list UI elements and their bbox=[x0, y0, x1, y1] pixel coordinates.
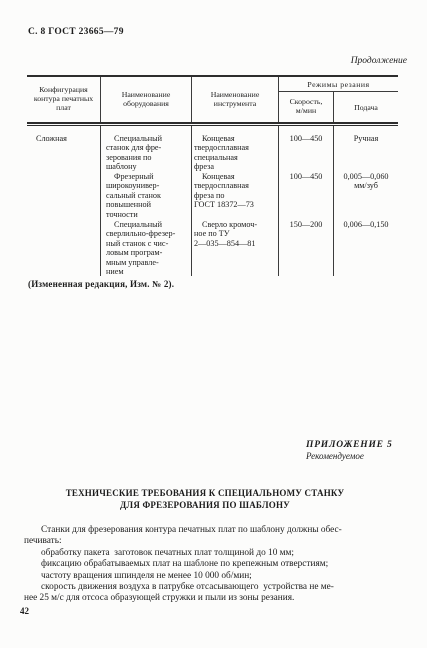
table-header-row: Конфигурация контура печатных плат Наиме… bbox=[27, 75, 398, 122]
cell-feed-3: 0,006—0,150 bbox=[334, 220, 398, 276]
cell-config-1: Сложная bbox=[27, 134, 100, 172]
cell-config-2 bbox=[27, 172, 100, 220]
col-header-config: Конфигурация контура печатных плат bbox=[27, 77, 101, 122]
cutting-modes-table: Конфигурация контура печатных плат Наиме… bbox=[27, 75, 398, 276]
section-title-line2: ДЛЯ ФРЕЗЕРОВАНИЯ ПО ШАБЛОНУ bbox=[28, 500, 382, 512]
col-header-equipment: Наименование оборудования bbox=[101, 77, 192, 122]
col-header-speed: Скорость, м/мин bbox=[279, 92, 334, 122]
paragraph-line: нее 25 м/с для отсоса образующей стружки… bbox=[24, 593, 408, 604]
column-equipment: Специальный станок для фре- зерования по… bbox=[101, 126, 192, 276]
requirements-paragraph: Станки для фрезерования контура печатных… bbox=[24, 525, 408, 605]
section-title: ТЕХНИЧЕСКИЕ ТРЕБОВАНИЯ К СПЕЦИАЛЬНОМУ СТ… bbox=[28, 488, 382, 511]
revision-note: (Измененная редакция, Изм. № 2). bbox=[28, 279, 174, 289]
column-feed: Ручная 0,005—0,060 мм/зуб 0,006—0,150 bbox=[334, 126, 398, 276]
appendix-subtitle: Рекомендуемое bbox=[306, 451, 393, 461]
cell-speed-2: 100—450 bbox=[279, 172, 333, 220]
table-body: Сложная Специальный станок для фре- зеро… bbox=[27, 126, 398, 276]
cell-config-3 bbox=[27, 220, 100, 276]
cell-tool-2: Концевая твердосплавная фреза по ГОСТ 18… bbox=[192, 172, 278, 220]
page-number: 42 bbox=[20, 606, 29, 616]
paragraph-line: фиксацию обрабатываемых плат на шаблоне … bbox=[24, 559, 408, 570]
appendix-title: ПРИЛОЖЕНИЕ 5 bbox=[306, 440, 393, 450]
col-header-tool: Наименование инструмента bbox=[192, 77, 279, 122]
page-header: С. 8 ГОСТ 23665—79 bbox=[28, 27, 124, 37]
paragraph-line: частоту вращения шпинделя не менее 10 00… bbox=[24, 571, 408, 582]
document-page: С. 8 ГОСТ 23665—79 Продолжение Конфигура… bbox=[0, 0, 427, 648]
col-group-cutting-modes: Режимы резания Скорость, м/мин Подача bbox=[279, 77, 398, 122]
cell-equipment-2: Фрезерный широкоунивер- сальный станок п… bbox=[101, 172, 191, 220]
cell-tool-1: Концевая твердосплавная специальная фрез… bbox=[192, 134, 278, 172]
column-tool: Концевая твердосплавная специальная фрез… bbox=[192, 126, 279, 276]
group-subheaders: Скорость, м/мин Подача bbox=[279, 92, 398, 122]
group-header-modes: Режимы резания bbox=[279, 77, 398, 92]
cell-speed-3: 150—200 bbox=[279, 220, 333, 276]
paragraph-line: скорость движения воздуха в патрубке отс… bbox=[24, 582, 408, 593]
column-speed: 100—450 100—450 150—200 bbox=[279, 126, 334, 276]
paragraph-line: печивать: bbox=[24, 536, 408, 547]
continuation-label: Продолжение bbox=[351, 56, 407, 66]
col-header-feed: Подача bbox=[334, 92, 398, 122]
cell-tool-3: Сверло кромоч- ное по ТУ 2—035—854—81 bbox=[192, 220, 278, 276]
appendix-block: ПРИЛОЖЕНИЕ 5 Рекомендуемое bbox=[306, 440, 393, 461]
section-title-line1: ТЕХНИЧЕСКИЕ ТРЕБОВАНИЯ К СПЕЦИАЛЬНОМУ СТ… bbox=[28, 488, 382, 500]
cell-equipment-1: Специальный станок для фре- зерования по… bbox=[101, 134, 191, 172]
paragraph-line: Станки для фрезерования контура печатных… bbox=[24, 525, 408, 536]
cell-equipment-3: Специальный сверлильно-фрезер- ный стано… bbox=[101, 220, 191, 276]
cell-feed-1: Ручная bbox=[334, 134, 398, 172]
paragraph-line: обработку пакета заготовок печатных плат… bbox=[24, 548, 408, 559]
cell-feed-2: 0,005—0,060 мм/зуб bbox=[334, 172, 398, 220]
cell-speed-1: 100—450 bbox=[279, 134, 333, 172]
column-config: Сложная bbox=[27, 126, 101, 276]
